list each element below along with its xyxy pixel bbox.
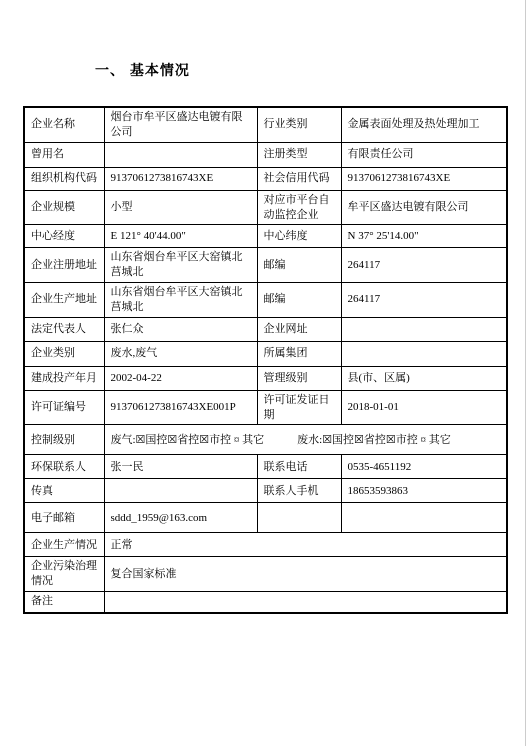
field-value: 废气:☒国控☒省控☒市控 ¤ 其它 废水:☒国控☒省控☒市控 ¤ 其它 (104, 425, 507, 455)
table-row: 环保联系人张一民联系电话0535-4651192 (24, 455, 507, 479)
field-value (104, 479, 257, 503)
table-row: 企业污染治理情况复合国家标准 (24, 557, 507, 592)
field-label: 行业类别 (257, 107, 341, 142)
field-label: 中心纬度 (257, 225, 341, 248)
field-value: 张一民 (104, 455, 257, 479)
basic-info-table: 企业名称烟台市牟平区盛达电镀有限公司行业类别金属表面处理及热处理加工曾用名注册类… (23, 106, 508, 614)
field-value: 复合国家标准 (104, 557, 507, 592)
field-value: 有限责任公司 (341, 142, 507, 167)
field-value (341, 317, 507, 341)
field-value: 张仁众 (104, 317, 257, 341)
field-label: 许可证发证日期 (257, 390, 341, 425)
field-value (341, 341, 507, 366)
page-title: 一、 基本情况 (95, 60, 190, 80)
table-row: 备注 (24, 592, 507, 613)
table-row: 企业生产情况正常 (24, 533, 507, 557)
field-value: 正常 (104, 533, 507, 557)
table-row: 组织机构代码9137061273816743XE社会信用代码9137061273… (24, 167, 507, 190)
field-label: 环保联系人 (24, 455, 104, 479)
field-value: 2002-04-22 (104, 366, 257, 390)
field-label: 企业网址 (257, 317, 341, 341)
field-label: 中心经度 (24, 225, 104, 248)
field-value: 9137061273816743XE (104, 167, 257, 190)
field-value: 牟平区盛达电镀有限公司 (341, 190, 507, 225)
field-label: 注册类型 (257, 142, 341, 167)
field-value: 0535-4651192 (341, 455, 507, 479)
field-label: 企业生产情况 (24, 533, 104, 557)
field-label: 组织机构代码 (24, 167, 104, 190)
field-label: 建成投产年月 (24, 366, 104, 390)
field-label: 控制级别 (24, 425, 104, 455)
field-value: 县(市、区属) (341, 366, 507, 390)
field-value (341, 503, 507, 533)
page-edge-line (525, 0, 526, 746)
field-label: 企业规模 (24, 190, 104, 225)
table-body: 企业名称烟台市牟平区盛达电镀有限公司行业类别金属表面处理及热处理加工曾用名注册类… (24, 107, 507, 613)
field-value: 山东省烟台牟平区大窑镇北莒城北 (104, 248, 257, 283)
field-value: 小型 (104, 190, 257, 225)
field-label: 企业生产地址 (24, 283, 104, 318)
table-row: 传真联系人手机18653593863 (24, 479, 507, 503)
field-value: 18653593863 (341, 479, 507, 503)
field-label: 企业污染治理情况 (24, 557, 104, 592)
field-label: 邮编 (257, 283, 341, 318)
table-row: 企业名称烟台市牟平区盛达电镀有限公司行业类别金属表面处理及热处理加工 (24, 107, 507, 142)
field-value: 山东省烟台牟平区大窑镇北莒城北 (104, 283, 257, 318)
field-label: 电子邮箱 (24, 503, 104, 533)
table-row: 企业生产地址山东省烟台牟平区大窑镇北莒城北邮编264117 (24, 283, 507, 318)
table-row: 电子邮箱sddd_1959@163.com (24, 503, 507, 533)
field-value (104, 142, 257, 167)
table-row: 建成投产年月2002-04-22管理级别县(市、区属) (24, 366, 507, 390)
field-value: 9137061273816743XE001P (104, 390, 257, 425)
table-row: 法定代表人张仁众企业网址 (24, 317, 507, 341)
field-label: 对应市平台自动监控企业 (257, 190, 341, 225)
table-row: 企业注册地址山东省烟台牟平区大窑镇北莒城北邮编264117 (24, 248, 507, 283)
field-value: 264117 (341, 248, 507, 283)
field-value: 烟台市牟平区盛达电镀有限公司 (104, 107, 257, 142)
field-label: 管理级别 (257, 366, 341, 390)
field-value: sddd_1959@163.com (104, 503, 257, 533)
field-label (257, 503, 341, 533)
field-label: 传真 (24, 479, 104, 503)
table-row: 企业类别废水,废气所属集团 (24, 341, 507, 366)
field-label: 曾用名 (24, 142, 104, 167)
field-value: 废水,废气 (104, 341, 257, 366)
table-row: 企业规模小型对应市平台自动监控企业牟平区盛达电镀有限公司 (24, 190, 507, 225)
field-value: 金属表面处理及热处理加工 (341, 107, 507, 142)
field-label: 法定代表人 (24, 317, 104, 341)
table-row: 中心经度E 121° 40'44.00"中心纬度N 37° 25'14.00" (24, 225, 507, 248)
field-value: N 37° 25'14.00" (341, 225, 507, 248)
table-row: 曾用名注册类型有限责任公司 (24, 142, 507, 167)
field-label: 所属集团 (257, 341, 341, 366)
field-label: 企业注册地址 (24, 248, 104, 283)
field-label: 备注 (24, 592, 104, 613)
field-label: 企业类别 (24, 341, 104, 366)
field-value: 9137061273816743XE (341, 167, 507, 190)
table-row: 控制级别废气:☒国控☒省控☒市控 ¤ 其它 废水:☒国控☒省控☒市控 ¤ 其它 (24, 425, 507, 455)
field-value (104, 592, 507, 613)
field-label: 许可证编号 (24, 390, 104, 425)
field-label: 社会信用代码 (257, 167, 341, 190)
field-value: E 121° 40'44.00" (104, 225, 257, 248)
field-label: 企业名称 (24, 107, 104, 142)
field-value: 2018-01-01 (341, 390, 507, 425)
field-value: 264117 (341, 283, 507, 318)
table-row: 许可证编号9137061273816743XE001P许可证发证日期2018-0… (24, 390, 507, 425)
field-label: 联系电话 (257, 455, 341, 479)
field-label: 联系人手机 (257, 479, 341, 503)
field-label: 邮编 (257, 248, 341, 283)
